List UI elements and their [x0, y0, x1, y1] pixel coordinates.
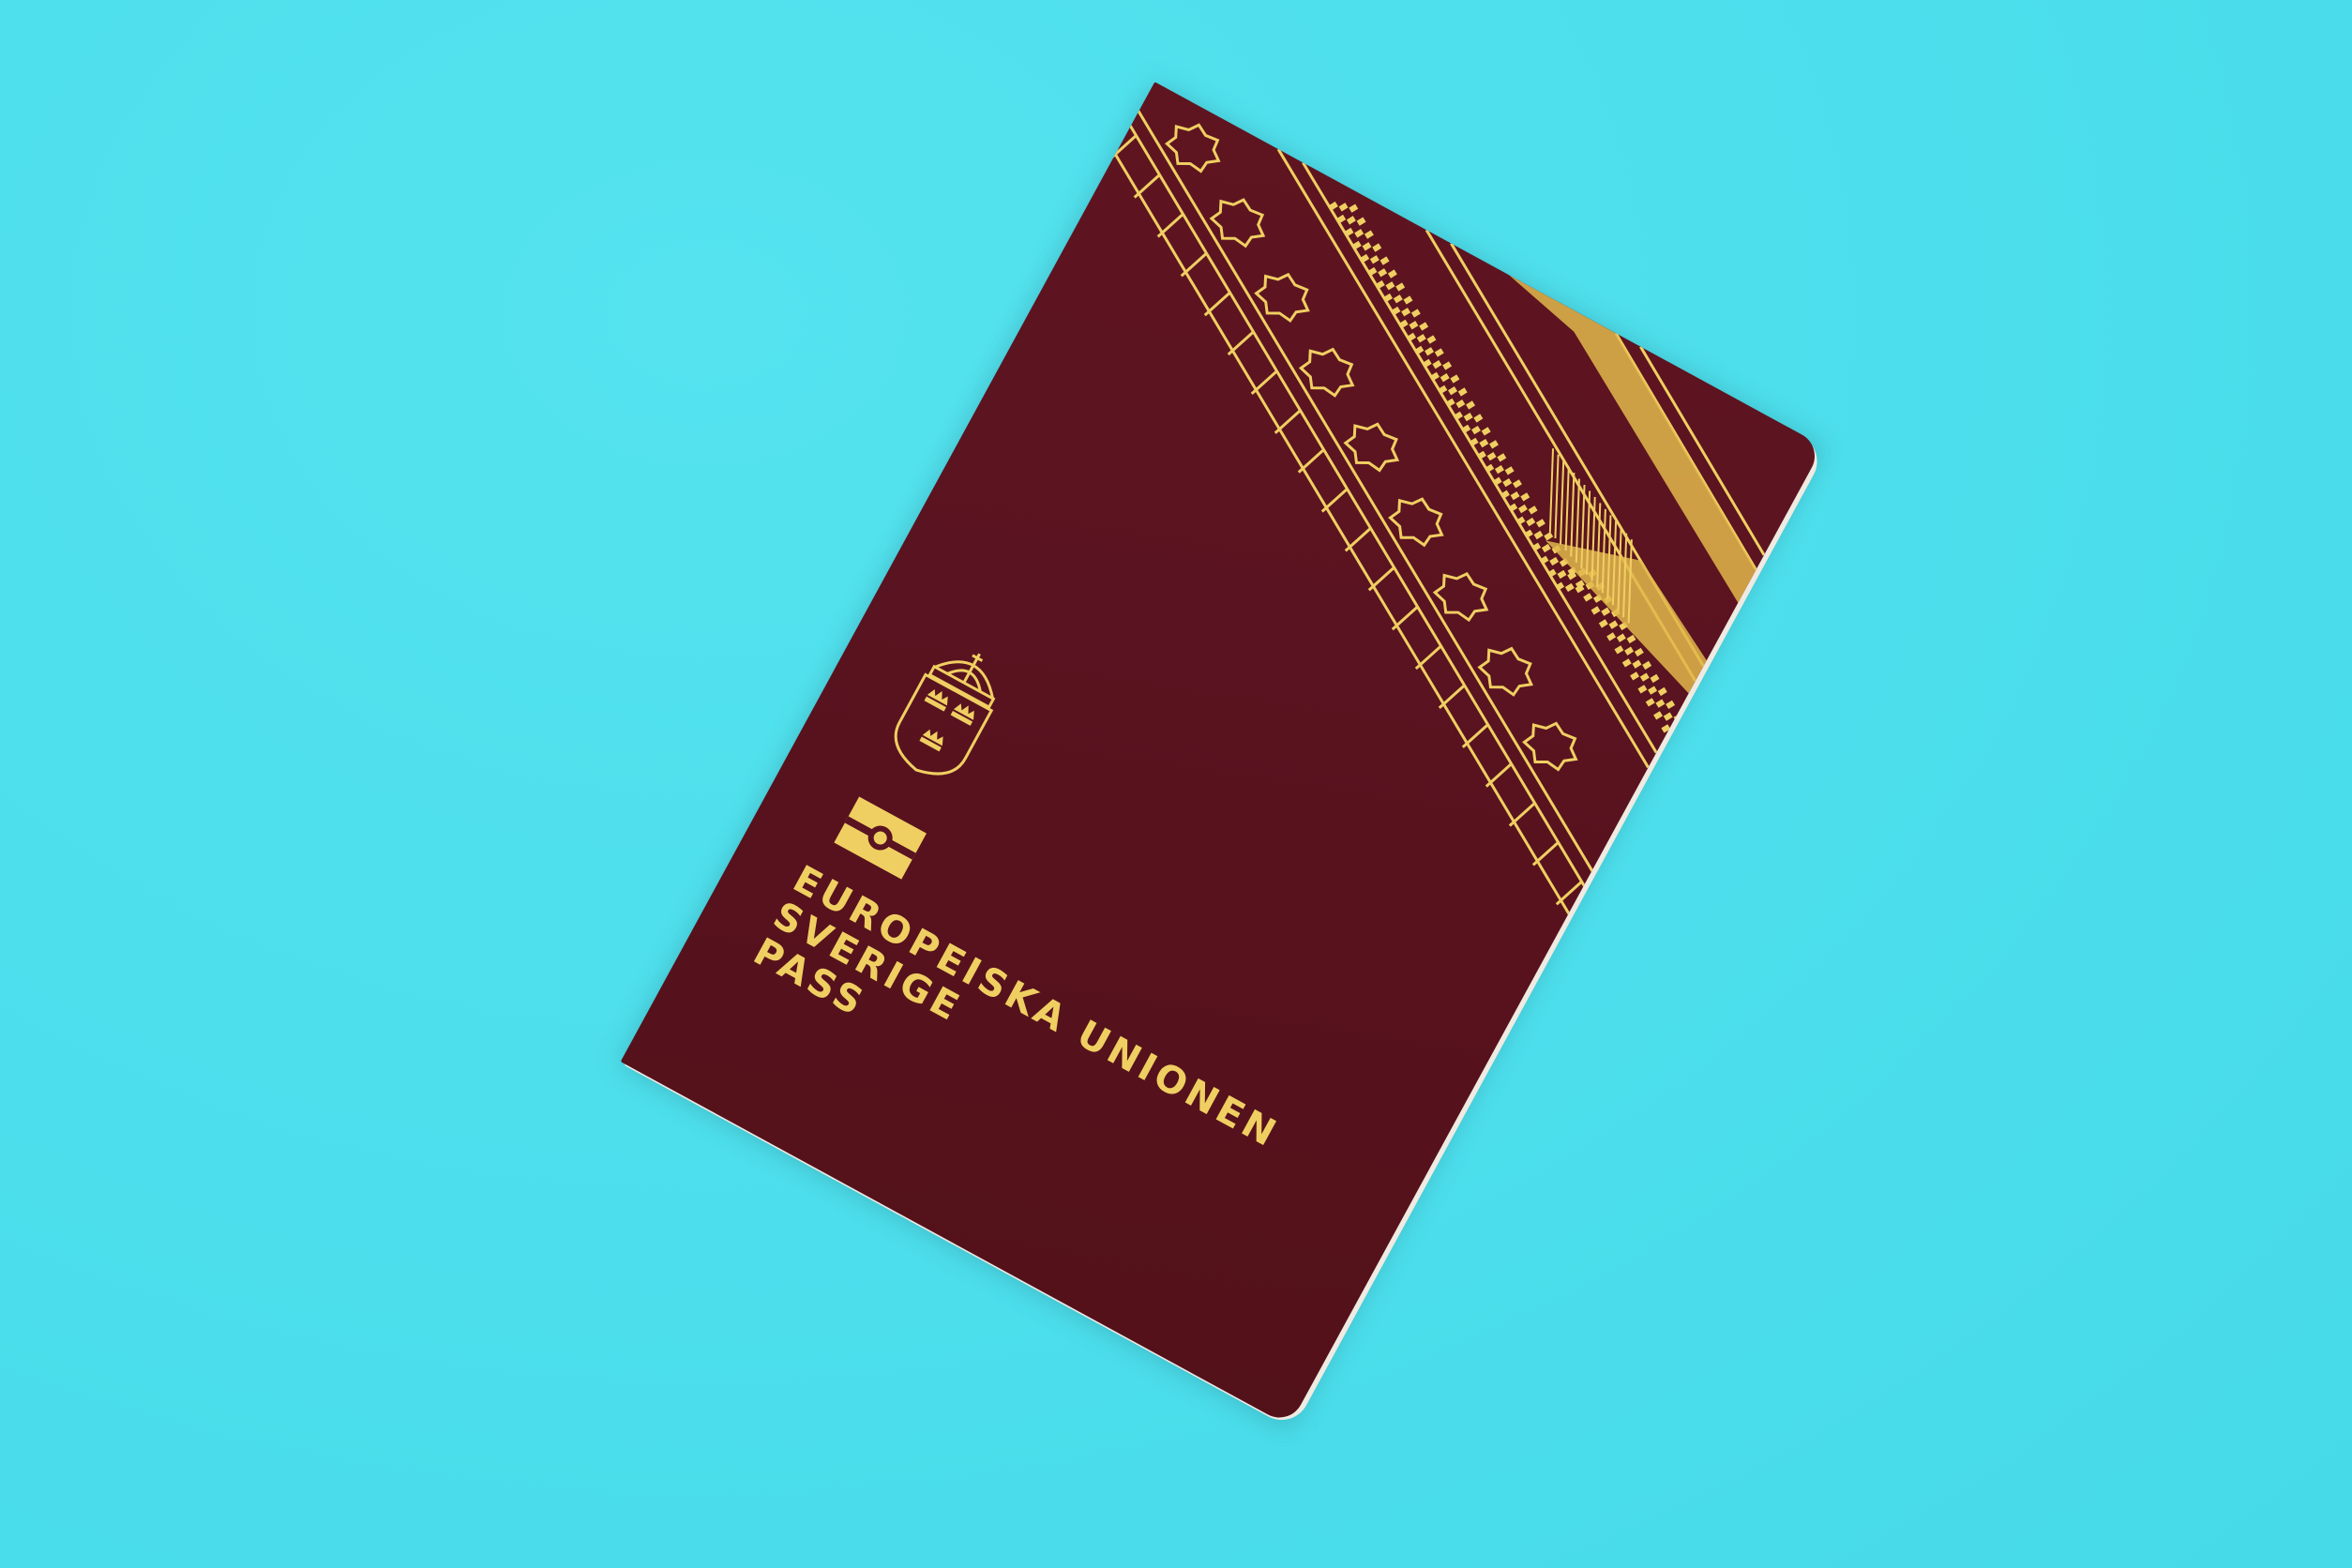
passport-cover: EUROPEISKA UNIONEN SVERIGE PASS	[621, 82, 1824, 1425]
